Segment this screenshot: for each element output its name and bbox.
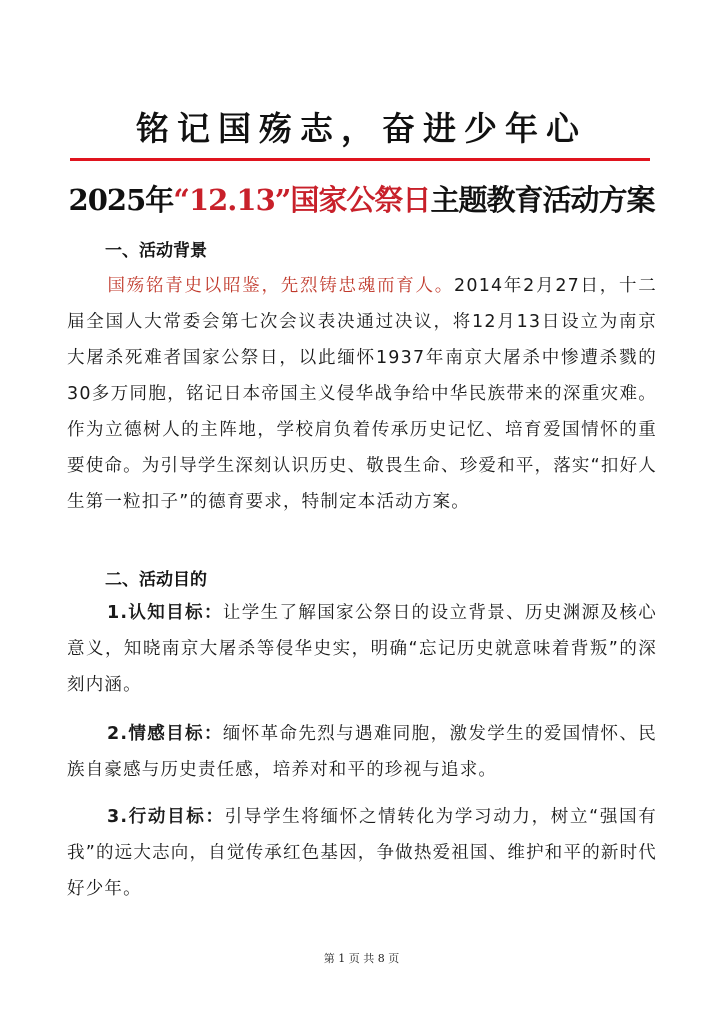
goal-label: 2.情感目标： (107, 724, 223, 744)
sub-title-rest: 主题教育活动方案 (430, 183, 654, 217)
red-divider-rule (70, 158, 650, 161)
section-heading-background: 一、活动背景 (105, 236, 207, 261)
goal-item-cognitive: 1.认知目标：让学生了解国家公祭日的设立背景、历史渊源及核心意义，知晓南京大屠杀… (67, 595, 657, 703)
background-lead-sentence: 国殇铭青史以昭鉴，先烈铸忠魂而育人。 (107, 276, 454, 296)
sub-title-highlight: “12.13”国家公祭日 (173, 183, 430, 217)
goal-item-emotional: 2.情感目标：缅怀革命先烈与遇难同胞，激发学生的爱国情怀、民族自豪感与历史责任感… (67, 716, 657, 788)
main-title: 铭记国殇志，奋进少年心 (0, 103, 723, 150)
goal-label: 3.行动目标： (107, 807, 225, 827)
goal-item-action: 3.行动目标：引导学生将缅怀之情转化为学习动力，树立“强国有我”的远大志向，自觉… (67, 799, 657, 907)
sub-title: 2025年“12.13”国家公祭日主题教育活动方案 (0, 178, 723, 219)
section-heading-purpose: 二、活动目的 (105, 565, 207, 590)
page-indicator: 第 1 页 共 8 页 (0, 950, 723, 966)
goal-label: 1.认知目标： (107, 603, 223, 623)
background-body-text: 2014年2月27日，十二届全国人大常委会第七次会议表决通过决议，将12月13日… (67, 276, 657, 512)
sub-title-year: 2025年 (69, 183, 174, 217)
background-paragraph: 国殇铭青史以昭鉴，先烈铸忠魂而育人。2014年2月27日，十二届全国人大常委会第… (67, 268, 657, 520)
document-page: 铭记国殇志，奋进少年心 2025年“12.13”国家公祭日主题教育活动方案 一、… (0, 0, 723, 1024)
